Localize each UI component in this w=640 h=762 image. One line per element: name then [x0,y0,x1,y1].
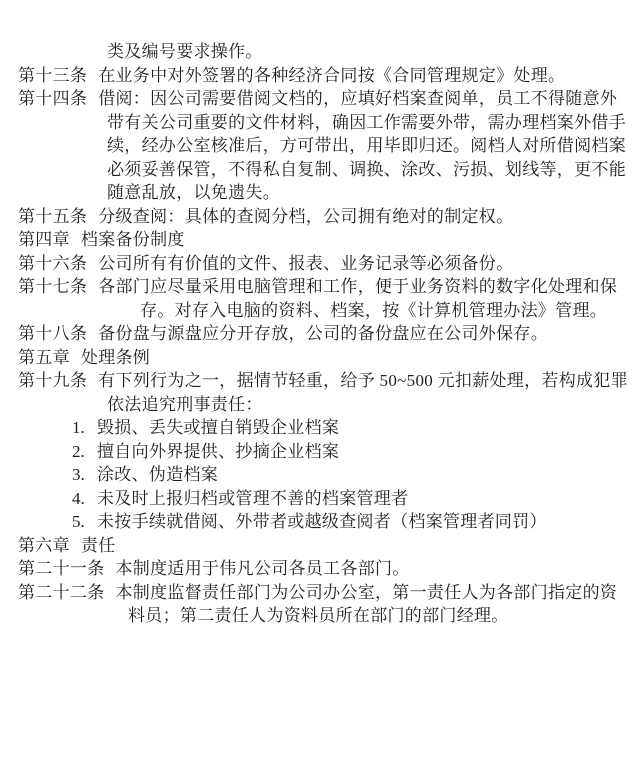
chapter-heading: 第六章责任 [0,534,640,558]
line-text: 类及编号要求操作。 [107,42,263,61]
list-item: 3.涂改、伪造档案 [0,463,640,487]
chapter-number-label: 第四章 [18,230,70,249]
article-number-label: 第二十二条 [18,583,105,602]
line-text: 分级查阅：具体的查阅分档，公司拥有绝对的制定权。 [98,207,513,226]
chapter-title: 处理条例 [81,348,150,367]
document-body: 类及编号要求操作。 第十三条在业务中对外签署的各种经济合同按《合同管理规定》处理… [0,40,640,628]
line-text: 必须妥善保管，不得私自复制、调换、涂改、污损、划线等，更不能 [107,160,626,179]
article-line: 第十五条分级查阅：具体的查阅分档，公司拥有绝对的制定权。 [0,205,640,229]
line-text: 依法追究刑事责任： [107,395,263,414]
list-item: 1.毁损、丢失或擅自销毁企业档案 [0,416,640,440]
list-item-number: 5. [72,510,97,534]
line-text: 续，经办公室核准后，方可带出，用毕即归还。阅档人对所借阅档案 [107,136,626,155]
article-number-label: 第十五条 [18,207,87,226]
article-line: 第十九条有下列行为之一，据情节轻重，给予 50~500 元扣薪处理，若构成犯罪 [0,369,640,393]
list-item-number: 1. [72,416,97,440]
line-text: 涂改、伪造档案 [97,465,218,484]
list-item: 4.未及时上报归档或管理不善的档案管理者 [0,487,640,511]
continuation-line: 类及编号要求操作。 [0,40,640,64]
article-number-label: 第十八条 [18,324,87,343]
line-text: 公司所有有价值的文件、报表、业务记录等必须备份。 [98,254,513,273]
continuation-line: 必须妥善保管，不得私自复制、调换、涂改、污损、划线等，更不能 [0,158,640,182]
line-text: 未及时上报归档或管理不善的档案管理者 [97,489,408,508]
article-line: 第十七条各部门应尽量采用电脑管理和工作，便于业务资料的数字化处理和保 [0,275,640,299]
list-item-number: 2. [72,440,97,464]
article-line: 第二十一条本制度适用于伟凡公司各员工各部门。 [0,557,640,581]
line-text: 本制度监督责任部门为公司办公室，第一责任人为各部门指定的资 [116,583,618,602]
article-number-label: 第十三条 [18,66,87,85]
article-line: 第十三条在业务中对外签署的各种经济合同按《合同管理规定》处理。 [0,64,640,88]
continuation-line: 依法追究刑事责任： [0,393,640,417]
article-line: 第十四条借阅：因公司需要借阅文档的，应填好档案查阅单，员工不得随意外 [0,87,640,111]
chapter-heading: 第五章处理条例 [0,346,640,370]
article-line: 第十六条公司所有有价值的文件、报表、业务记录等必须备份。 [0,252,640,276]
article-number-label: 第二十一条 [18,559,105,578]
continuation-line: 料员；第二责任人为资料员所在部门的部门经理。 [0,604,640,628]
continuation-line: 带有关公司重要的文件材料，确因工作需要外带，需办理档案外借手 [0,111,640,135]
chapter-number-label: 第六章 [18,536,70,555]
chapter-title: 档案备份制度 [81,230,185,249]
line-text: 随意乱放，以免遗失。 [107,183,280,202]
list-item-number: 4. [72,487,97,511]
list-item: 5.未按手续就借阅、外带者或越级查阅者（档案管理者同罚） [0,510,640,534]
line-text: 各部门应尽量采用电脑管理和工作，便于业务资料的数字化处理和保 [98,277,617,296]
line-text: 有下列行为之一，据情节轻重，给予 50~500 元扣薪处理，若构成犯罪 [98,371,628,390]
line-text: 备份盘与源盘应分开存放，公司的备份盘应在公司外保存。 [98,324,548,343]
list-item: 2.擅自向外界提供、抄摘企业档案 [0,440,640,464]
line-text: 带有关公司重要的文件材料，确因工作需要外带，需办理档案外借手 [107,113,626,132]
continuation-line: 存。对存入电脑的资料、档案，按《计算机管理办法》管理。 [0,299,640,323]
continuation-line: 随意乱放，以免遗失。 [0,181,640,205]
chapter-heading: 第四章档案备份制度 [0,228,640,252]
document-page: 类及编号要求操作。 第十三条在业务中对外签署的各种经济合同按《合同管理规定》处理… [0,0,640,762]
line-text: 本制度适用于伟凡公司各员工各部门。 [116,559,410,578]
line-text: 借阅：因公司需要借阅文档的，应填好档案查阅单，员工不得随意外 [98,89,617,108]
article-line: 第二十二条本制度监督责任部门为公司办公室，第一责任人为各部门指定的资 [0,581,640,605]
continuation-line: 续，经办公室核准后，方可带出，用毕即归还。阅档人对所借阅档案 [0,134,640,158]
line-text: 毁损、丢失或擅自销毁企业档案 [97,418,339,437]
line-text: 擅自向外界提供、抄摘企业档案 [97,442,339,461]
chapter-title: 责任 [81,536,116,555]
list-item-number: 3. [72,463,97,487]
article-number-label: 第十六条 [18,254,87,273]
line-text: 存。对存入电脑的资料、档案，按《计算机管理办法》管理。 [140,301,607,320]
chapter-number-label: 第五章 [18,348,70,367]
article-number-label: 第十九条 [18,371,87,390]
line-text: 未按手续就借阅、外带者或越级查阅者（档案管理者同罚） [97,512,547,531]
article-number-label: 第十四条 [18,89,87,108]
article-number-label: 第十七条 [18,277,87,296]
line-text: 在业务中对外签署的各种经济合同按《合同管理规定》处理。 [98,66,565,85]
article-line: 第十八条备份盘与源盘应分开存放，公司的备份盘应在公司外保存。 [0,322,640,346]
line-text: 料员；第二责任人为资料员所在部门的部门经理。 [128,606,509,625]
